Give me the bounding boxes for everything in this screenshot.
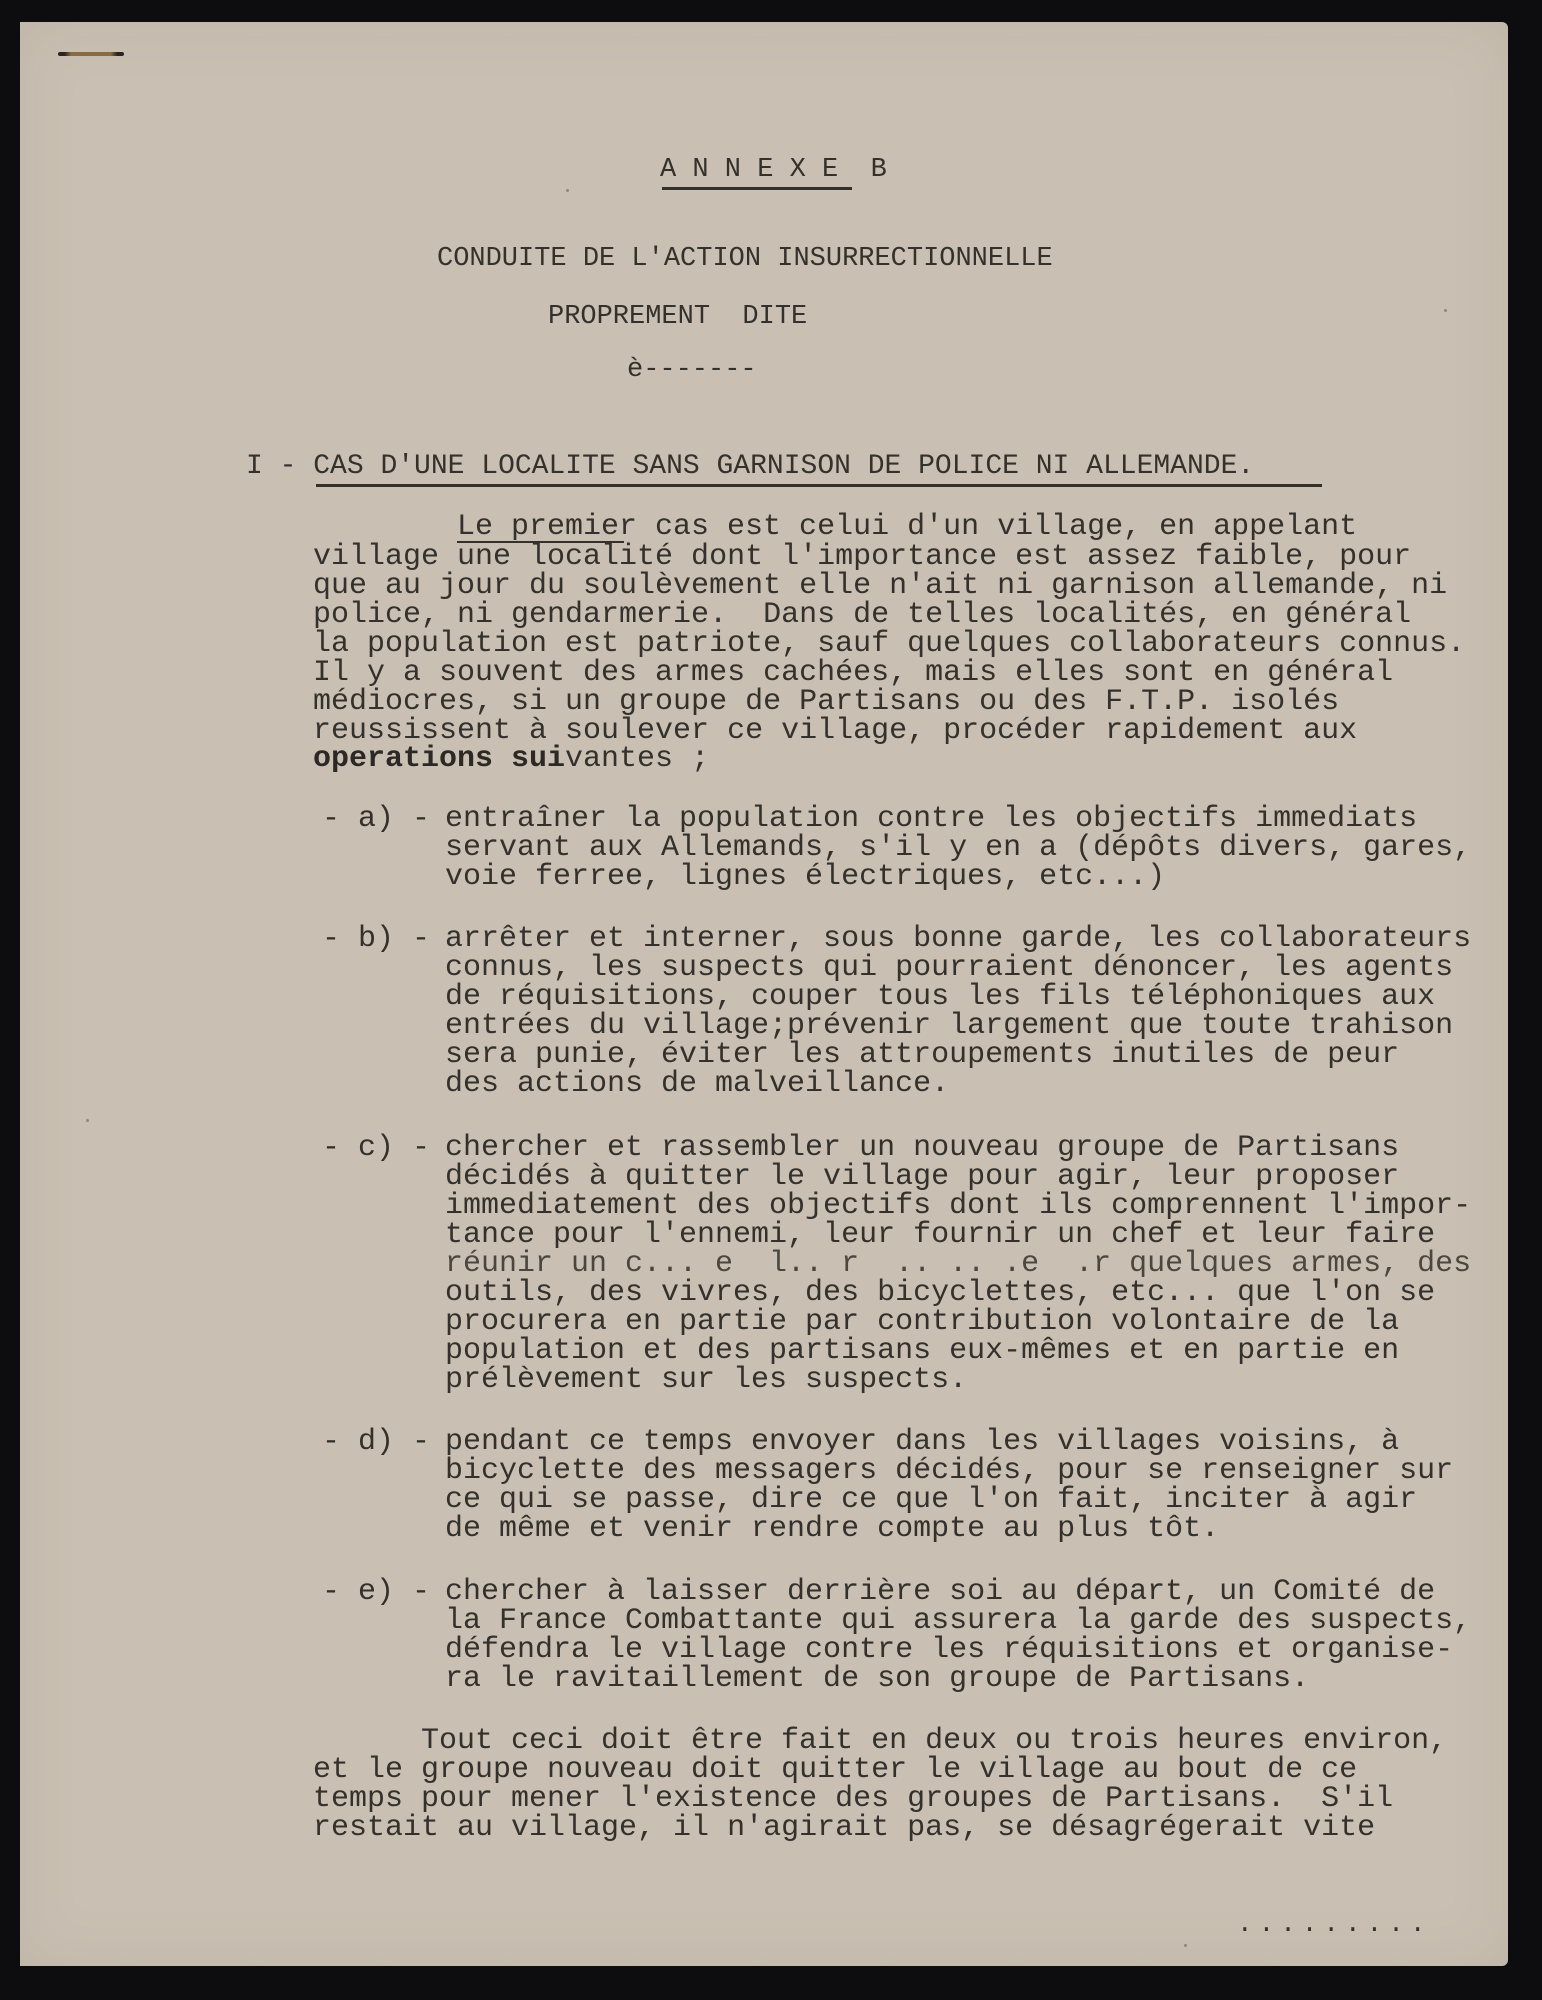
subtitle-line-1: CONDUITE DE L'ACTION INSURRECTIONNELLE <box>437 244 1053 274</box>
item-c-line: procurera en partie par contribution vol… <box>445 1307 1399 1337</box>
paper-speck <box>86 1119 89 1122</box>
item-b-line: connus, les suspects qui pourraient déno… <box>445 953 1453 983</box>
item-c-line: décidés à quitter le village pour agir, … <box>445 1162 1399 1192</box>
item-e-line: chercher à laisser derrière soi au dépar… <box>445 1577 1435 1607</box>
section-heading: I - CAS D'UNE LOCALITE SANS GARNISON DE … <box>246 452 1254 482</box>
paper-speck <box>1184 1944 1187 1947</box>
intro-first-line-rest: est celui d'un village, en appelant <box>709 510 1357 544</box>
staple-mark <box>58 52 124 56</box>
item-c-line: prélèvement sur les suspects. <box>445 1365 967 1395</box>
title-separator: è------- <box>627 355 757 385</box>
item-a-line: entraîner la population contre les objec… <box>445 804 1417 834</box>
subtitle-line-2: PROPREMENT DITE <box>548 302 807 332</box>
item-c-line-faded: réunir un c... e l.. r .. .. .e .r quelq… <box>445 1249 1471 1279</box>
item-d-line: pendant ce temps envoyer dans les villag… <box>445 1427 1399 1457</box>
annex-title-underline <box>662 187 852 190</box>
item-e-line: défendra le village contre les réquisiti… <box>445 1635 1453 1665</box>
intro-lead-underlined: Le premier cas <box>457 510 709 544</box>
closing-line: et le groupe nouveau doit quitter le vil… <box>313 1755 1357 1785</box>
intro-last-rest: vantes ; <box>565 742 709 776</box>
intro-last-line: operations suivantes ; <box>313 744 709 774</box>
intro-line: village une localité dont l'importance e… <box>313 542 1411 572</box>
item-c-line: immediatement des objectifs dont ils com… <box>445 1191 1471 1221</box>
item-c-marker: - c) - <box>322 1133 430 1163</box>
document-page: A N N E X E B CONDUITE DE L'ACTION INSUR… <box>20 22 1508 1966</box>
item-c-line: outils, des vivres, des bicyclettes, etc… <box>445 1278 1435 1308</box>
paper-speck <box>566 189 569 192</box>
item-b-marker: - b) - <box>322 924 430 954</box>
item-b-line: arrêter et interner, sous bonne garde, l… <box>445 924 1471 954</box>
intro-line: police, ni gendarmerie. Dans de telles l… <box>313 600 1411 630</box>
section-number: I - <box>246 451 296 482</box>
section-heading-underline <box>316 484 1322 487</box>
item-b-line: entrées du village;prévenir largement qu… <box>445 1011 1453 1041</box>
item-d-line: bicyclette des messagers décidés, pour s… <box>445 1456 1453 1486</box>
item-b-line: de réquisitions, couper tous les fils té… <box>445 982 1435 1012</box>
item-b-line: des actions de malveillance. <box>445 1069 949 1099</box>
intro-line: que au jour du soulèvement elle n'ait ni… <box>313 571 1447 601</box>
intro-line: Il y a souvent des armes cachées, mais e… <box>313 658 1393 688</box>
closing-first-line: Tout ceci doit être fait en deux ou troi… <box>421 1726 1447 1756</box>
item-e-line: la France Combattante qui assurera la ga… <box>445 1606 1471 1636</box>
item-c-line: tance pour l'ennemi, leur fournir un che… <box>445 1220 1435 1250</box>
item-e-line: ra le ravitaillement de son groupe de Pa… <box>445 1664 1309 1694</box>
item-b-line: sera punie, éviter les attroupements inu… <box>445 1040 1399 1070</box>
item-d-line: de même et venir rendre compte au plus t… <box>445 1514 1219 1544</box>
item-c-line: population et des partisans eux-mêmes et… <box>445 1336 1399 1366</box>
item-a-marker: - a) - <box>322 804 430 834</box>
paper-speck <box>1444 309 1447 312</box>
item-d-marker: - d) - <box>322 1427 430 1457</box>
intro-first-line: Le premier cas est celui d'un village, e… <box>457 512 1357 542</box>
item-a-line: servant aux Allemands, s'il y en a (dépô… <box>445 833 1471 863</box>
closing-line: restait au village, il n'agirait pas, se… <box>313 1813 1375 1843</box>
continuation-dots: ......... <box>1237 1909 1431 1939</box>
annex-title: A N N E X E B <box>660 155 887 185</box>
item-e-marker: - e) - <box>322 1577 430 1607</box>
intro-last-bold: operations sui <box>313 742 565 776</box>
intro-line: la population est patriote, sauf quelque… <box>313 629 1465 659</box>
item-c-line: chercher et rassembler un nouveau groupe… <box>445 1133 1399 1163</box>
closing-line: temps pour mener l'existence des groupes… <box>313 1784 1393 1814</box>
section-heading-text: CAS D'UNE LOCALITE SANS GARNISON DE POLI… <box>313 451 1254 482</box>
item-d-line: ce qui se passe, dire ce que l'on fait, … <box>445 1485 1417 1515</box>
intro-line: médiocres, si un groupe de Partisans ou … <box>313 687 1339 717</box>
item-a-line: voie ferree, lignes électriques, etc...) <box>445 862 1165 892</box>
